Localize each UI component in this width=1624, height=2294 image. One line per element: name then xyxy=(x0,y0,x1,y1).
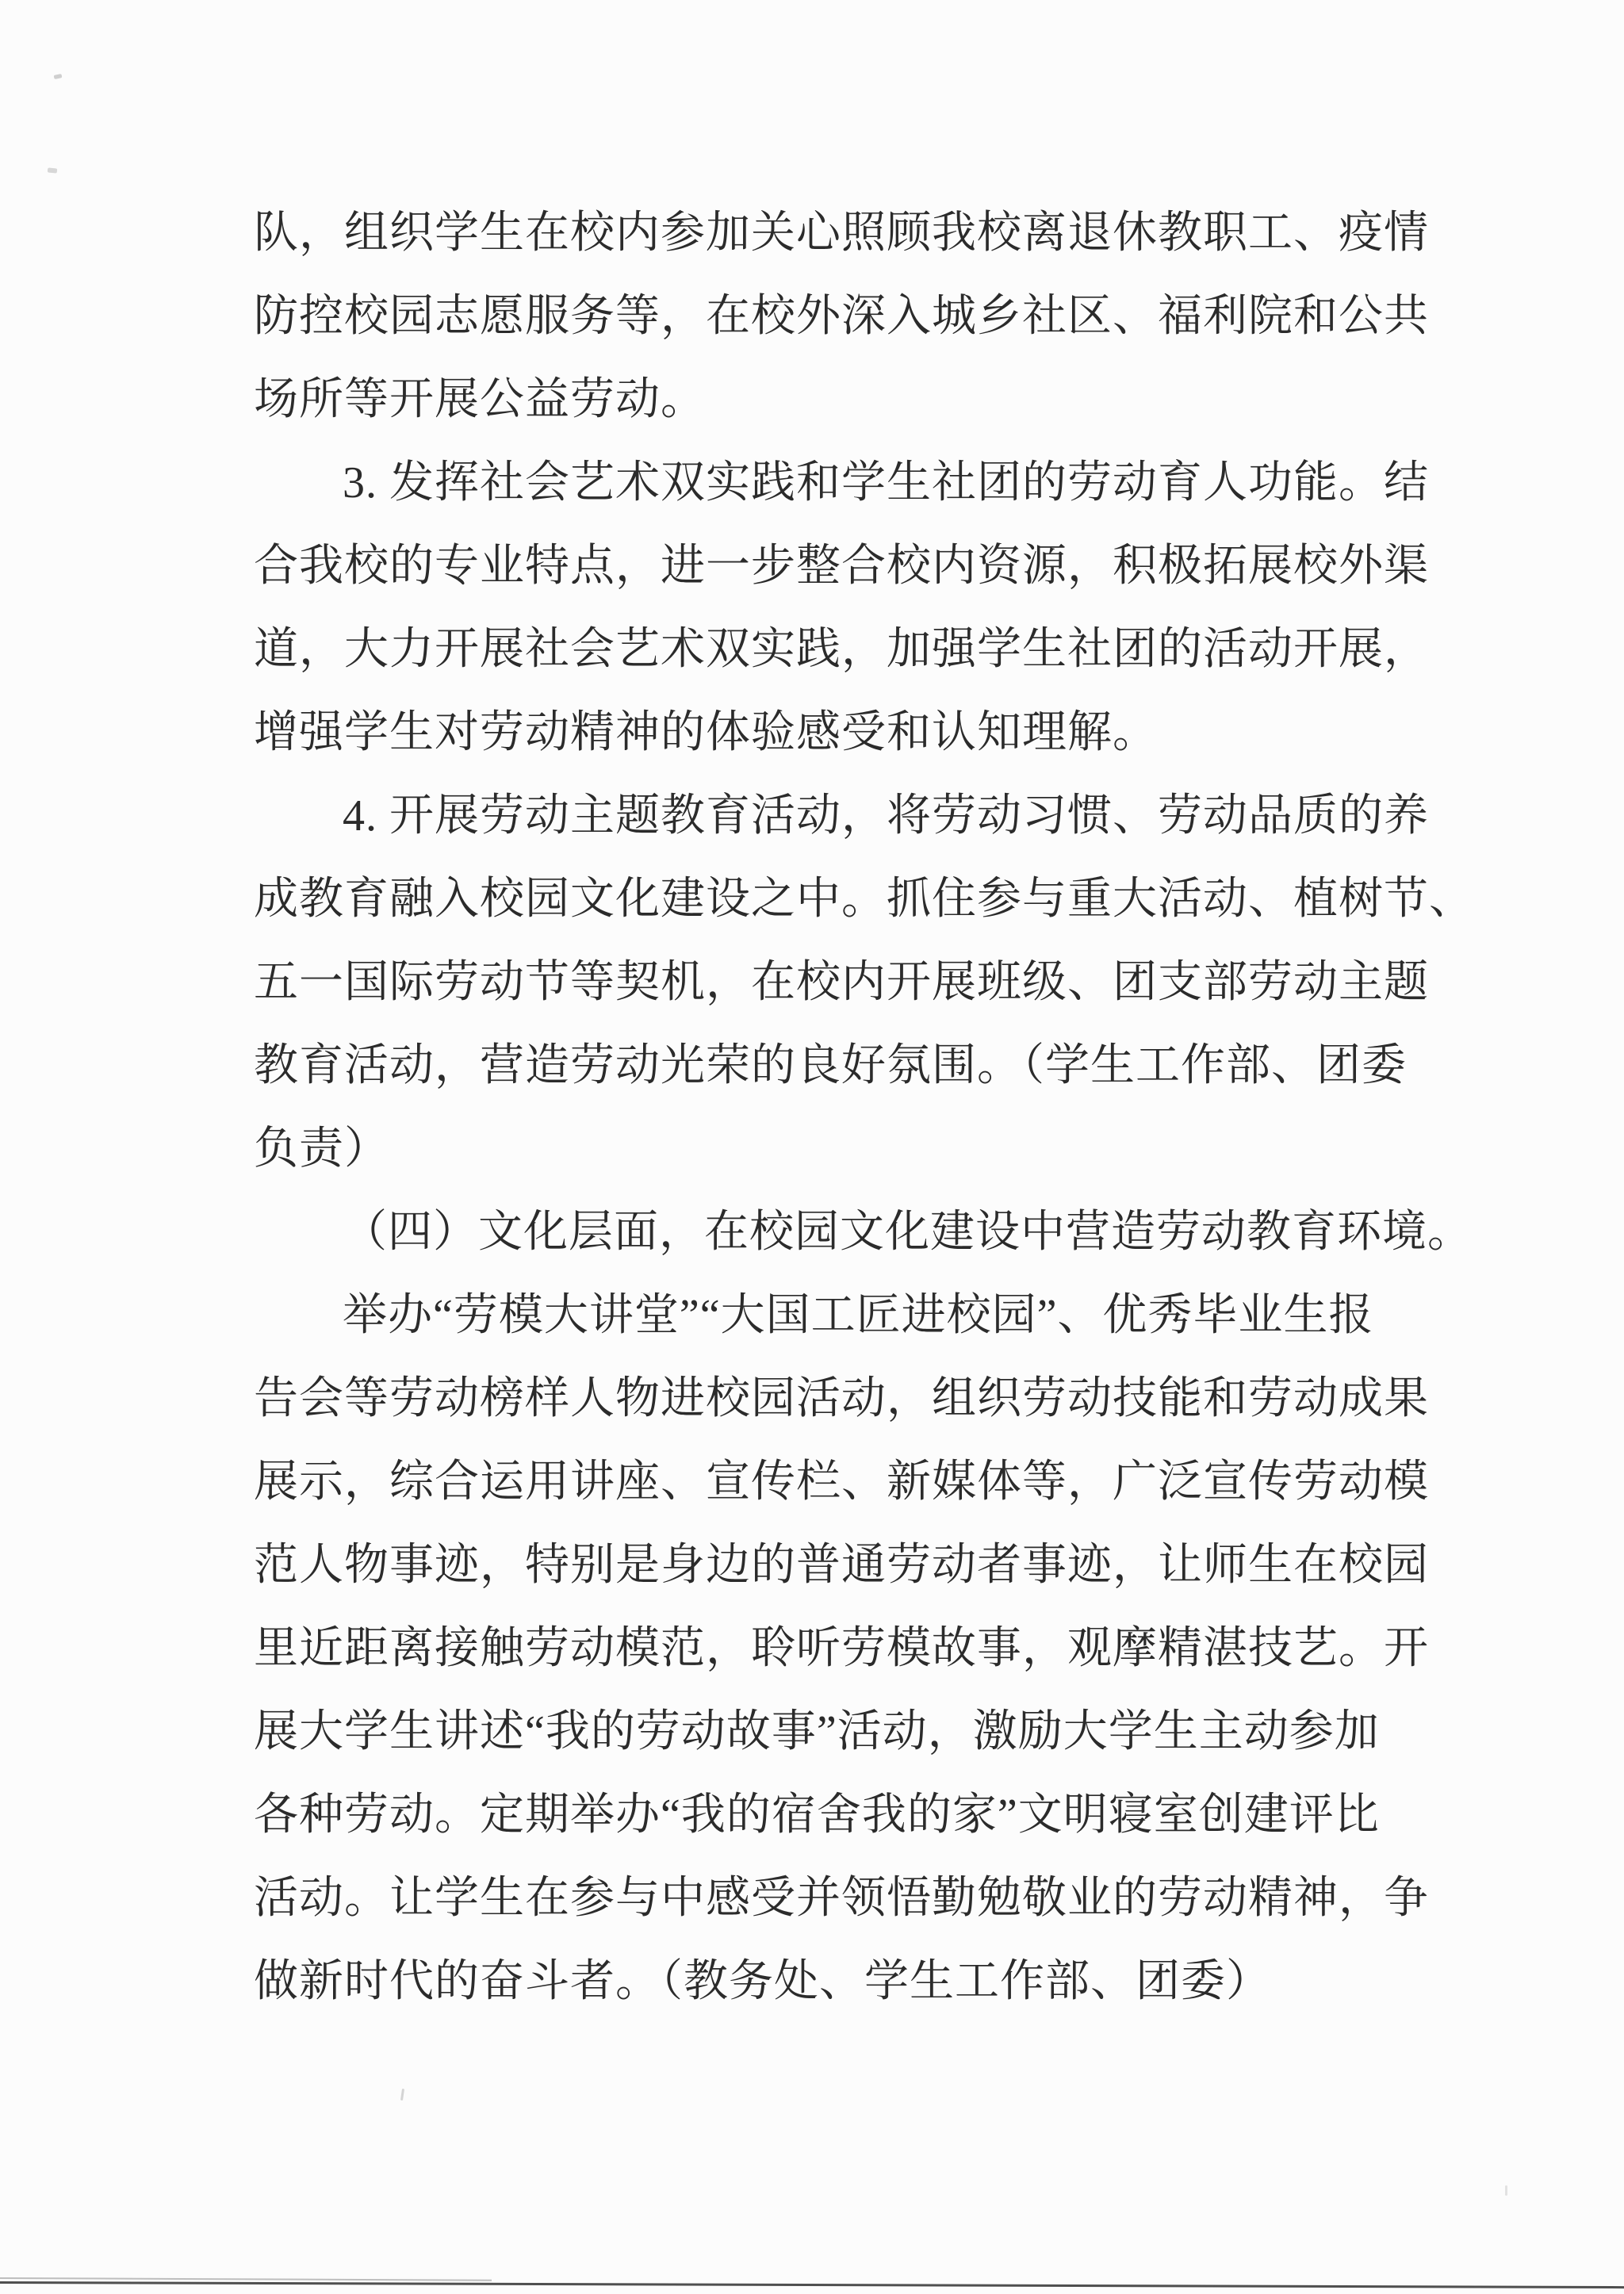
text-line: （四）文化层面，在校园文化建设中营造劳动教育环境。 xyxy=(254,1191,1443,1274)
scan-dust-speck xyxy=(54,74,63,79)
scan-edge-line xyxy=(0,2281,1624,2288)
text-line: 做新时代的奋斗者。（教务处、学生工作部、团委） xyxy=(254,1940,1443,2024)
text-line: 范人物事迹，特别是身边的普通劳动者事迹，让师生在校园 xyxy=(254,1524,1443,1607)
text-line: 活动。让学生在参与中感受并领悟勤勉敬业的劳动精神，争 xyxy=(254,1857,1443,1940)
text-line: 负责） xyxy=(254,1108,1443,1191)
scanned-document-page: 队，组织学生在校内参加关心照顾我校离退休教职工、疫情防控校园志愿服务等，在校外深… xyxy=(0,0,1624,2294)
text-line: 道，大力开展社会艺术双实践，加强学生社团的活动开展， xyxy=(254,608,1443,691)
text-line: 五一国际劳动节等契机，在校内开展班级、团支部劳动主题 xyxy=(254,941,1443,1024)
text-line: 各种劳动。定期举办“我的宿舍我的家”文明寝室创建评比 xyxy=(254,1774,1443,1857)
text-line: 举办“劳模大讲堂”“大国工匠进校园”、优秀毕业生报 xyxy=(254,1274,1443,1358)
text-line: 展大学生讲述“我的劳动故事”活动，激励大学生主动参加 xyxy=(254,1691,1443,1774)
text-line: 增强学生对劳动精神的体验感受和认知理解。 xyxy=(254,691,1443,775)
text-line: 防控校园志愿服务等，在校外深入城乡社区、福利院和公共 xyxy=(254,275,1443,358)
text-line: 成教育融入校园文化建设之中。抓住参与重大活动、植树节、 xyxy=(254,858,1443,941)
scan-dust-speck xyxy=(400,2089,404,2101)
scan-edge-shadow xyxy=(0,2277,492,2281)
text-line: 里近距离接触劳动模范，聆听劳模故事，观摩精湛技艺。开 xyxy=(254,1607,1443,1691)
scan-dust-speck xyxy=(48,167,58,173)
text-line: 合我校的专业特点，进一步整合校内资源，积极拓展校外渠 xyxy=(254,525,1443,608)
text-line: 3. 发挥社会艺术双实践和学生社团的劳动育人功能。结 xyxy=(254,442,1443,525)
text-line: 告会等劳动榜样人物进校园活动，组织劳动技能和劳动成果 xyxy=(254,1358,1443,1441)
text-line: 教育活动，营造劳动光荣的良好氛围。（学生工作部、团委 xyxy=(254,1024,1443,1108)
text-line: 展示，综合运用讲座、宣传栏、新媒体等，广泛宣传劳动模 xyxy=(254,1441,1443,1524)
scan-dust-speck xyxy=(1505,2185,1507,2196)
document-body-text: 队，组织学生在校内参加关心照顾我校离退休教职工、疫情防控校园志愿服务等，在校外深… xyxy=(254,192,1443,2024)
text-line: 4. 开展劳动主题教育活动，将劳动习惯、劳动品质的养 xyxy=(254,775,1443,858)
text-lines: 队，组织学生在校内参加关心照顾我校离退休教职工、疫情防控校园志愿服务等，在校外深… xyxy=(254,192,1443,2024)
text-line: 队，组织学生在校内参加关心照顾我校离退休教职工、疫情 xyxy=(254,192,1443,275)
text-line: 场所等开展公益劳动。 xyxy=(254,358,1443,442)
